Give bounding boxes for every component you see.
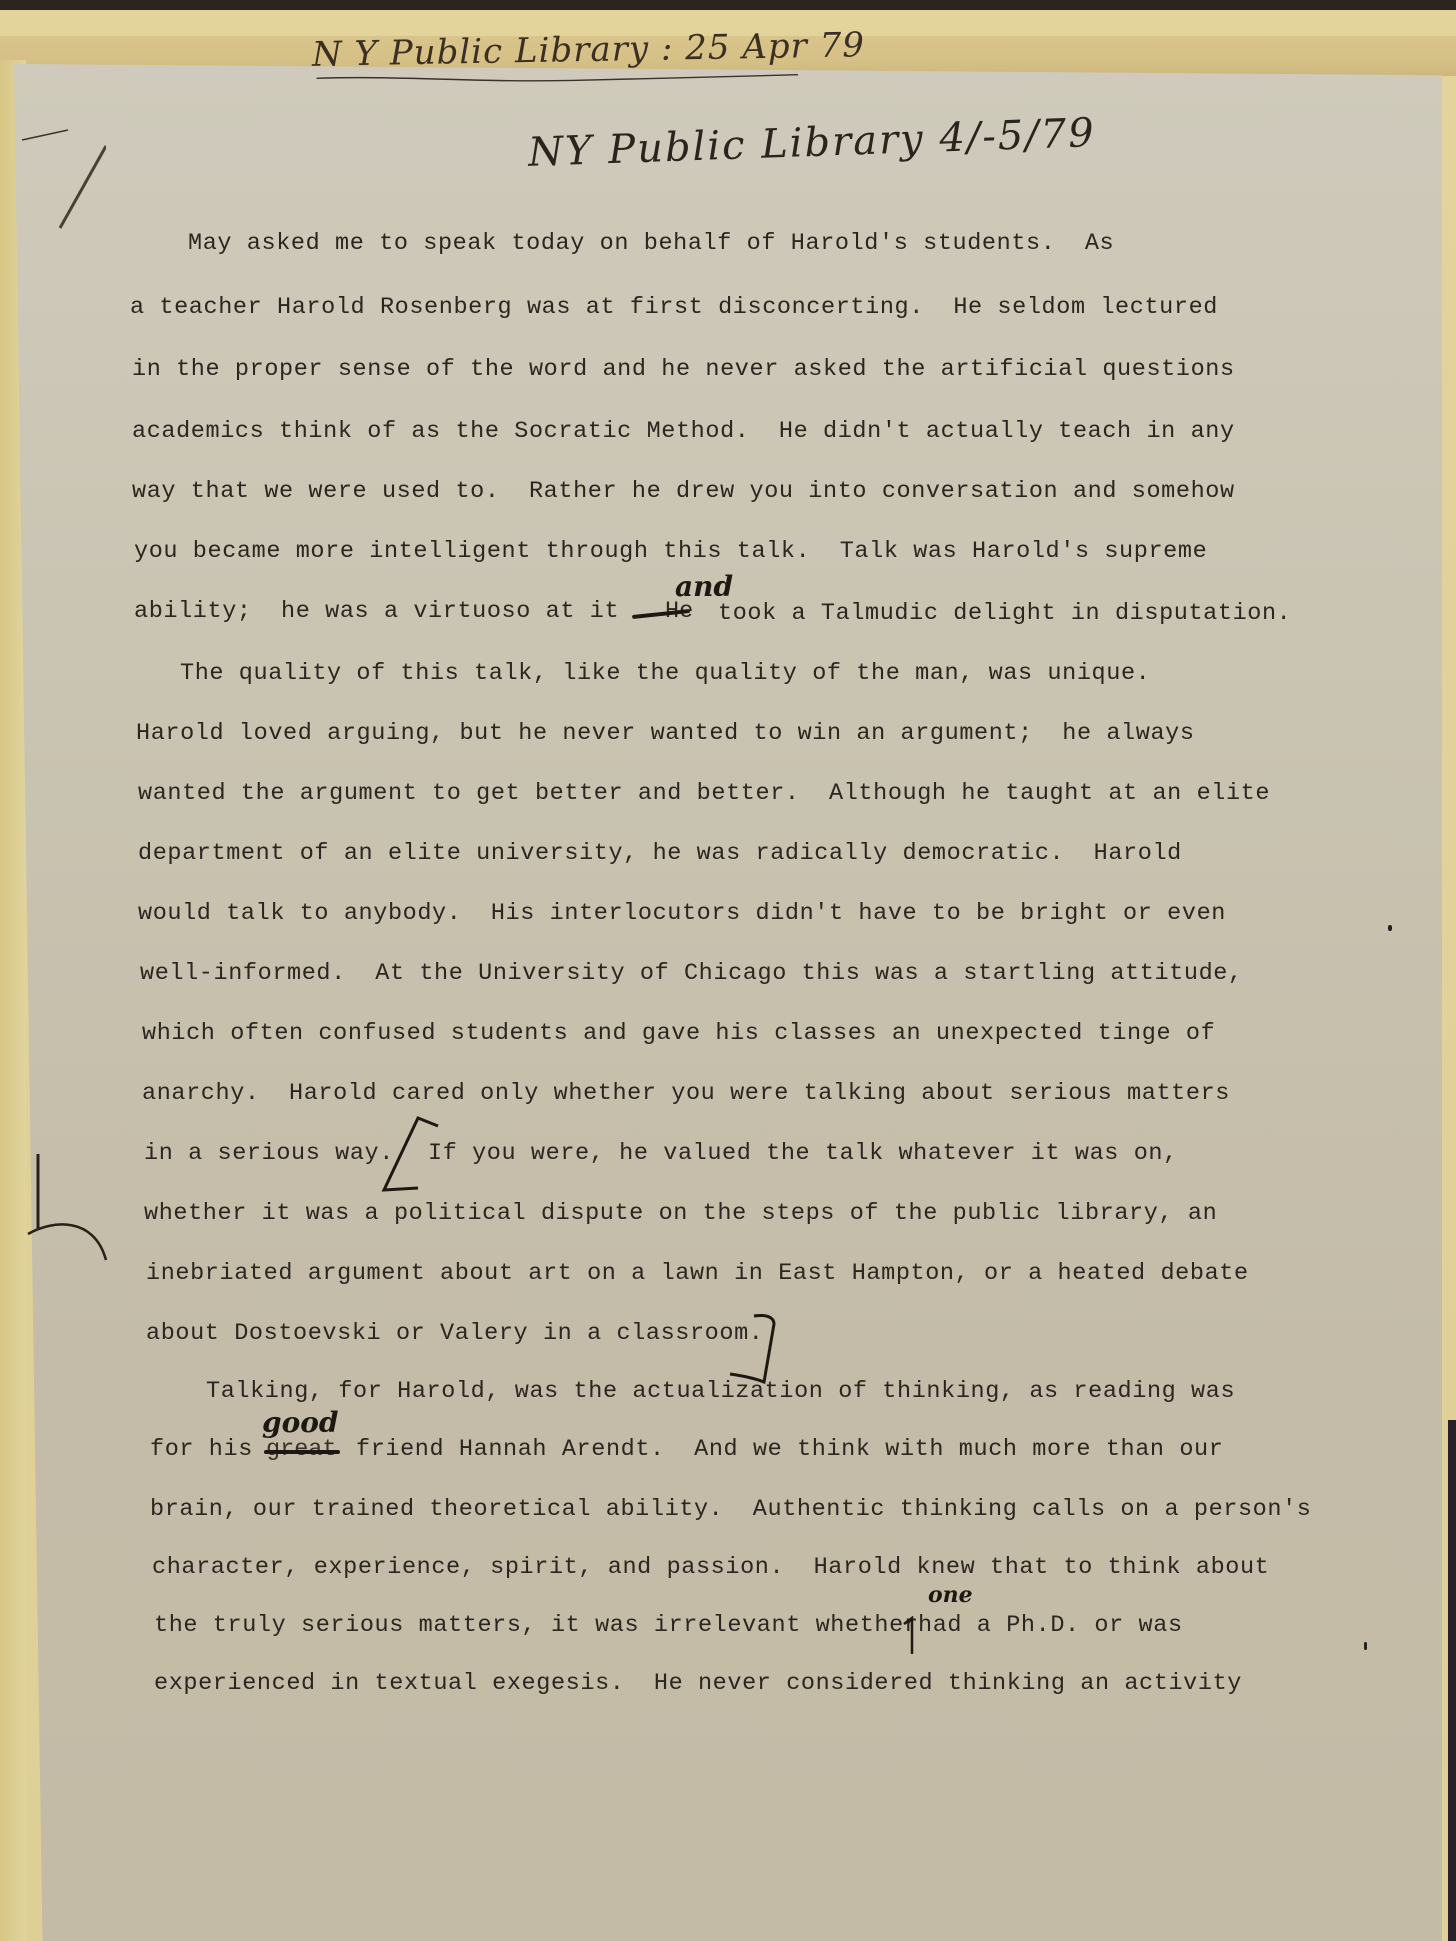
text-line: the truly serious matters, it was irrele… xyxy=(154,1612,919,1639)
text-line: If you were, he valued the talk whatever… xyxy=(428,1140,1178,1167)
text-line: wanted the argument to get better and be… xyxy=(138,780,1270,807)
text-line: took a Talmudic delight in disputation. xyxy=(718,600,1291,627)
text-line: academics think of as the Socratic Metho… xyxy=(132,418,1235,445)
text-line: well-informed. At the University of Chic… xyxy=(140,960,1243,987)
text-line: friend Hannah Arendt. And we think with … xyxy=(356,1436,1223,1463)
text-line: in a serious way. xyxy=(144,1140,394,1167)
text-line: ability; he was a virtuoso at it xyxy=(134,598,619,625)
text-line: department of an elite university, he wa… xyxy=(138,840,1182,867)
text-line: which often confused students and gave h… xyxy=(142,1020,1215,1047)
text-line: would talk to anybody. His interlocutors… xyxy=(138,900,1226,927)
text-line: The quality of this talk, like the quali… xyxy=(180,660,1150,687)
scan-right-edge xyxy=(1448,1420,1456,1941)
text-line: in the proper sense of the word and he n… xyxy=(132,356,1235,383)
margin-check-mark xyxy=(16,120,106,230)
text-line: Talking, for Harold, was the actualizati… xyxy=(206,1378,1235,1405)
text-line: anarchy. Harold cared only whether you w… xyxy=(142,1080,1230,1107)
text-line: Harold loved arguing, but he never wante… xyxy=(136,720,1195,747)
text-line: way that we were used to. Rather he drew… xyxy=(132,478,1235,505)
struck-word: great xyxy=(266,1436,337,1463)
archival-label-underline xyxy=(218,74,898,84)
inserted-word: good xyxy=(262,1406,339,1439)
text-line: May asked me to speak today on behalf of… xyxy=(188,230,1114,257)
text-line: experienced in textual exegesis. He neve… xyxy=(154,1670,1242,1697)
text-line: character, experience, spirit, and passi… xyxy=(152,1554,1269,1581)
margin-bracket-mark xyxy=(22,1150,112,1270)
text-line: for his xyxy=(150,1436,253,1463)
inserted-word: one xyxy=(928,1582,973,1608)
text-line: you became more intelligent through this… xyxy=(134,538,1207,565)
text-line: brain, our trained theoretical ability. … xyxy=(150,1496,1311,1523)
text-line: inebriated argument about art on a lawn … xyxy=(146,1260,1249,1287)
text-line: had a Ph.D. or was xyxy=(918,1612,1183,1639)
text-line: a teacher Harold Rosenberg was at first … xyxy=(130,294,1218,321)
ink-speck xyxy=(1364,1642,1367,1650)
inserted-word: and xyxy=(675,570,733,603)
ink-speck xyxy=(1388,925,1392,931)
text-line: whether it was a political dispute on th… xyxy=(144,1200,1217,1227)
typed-page xyxy=(14,64,1442,1941)
text-line: about Dostoevski or Valery in a classroo… xyxy=(146,1320,764,1347)
